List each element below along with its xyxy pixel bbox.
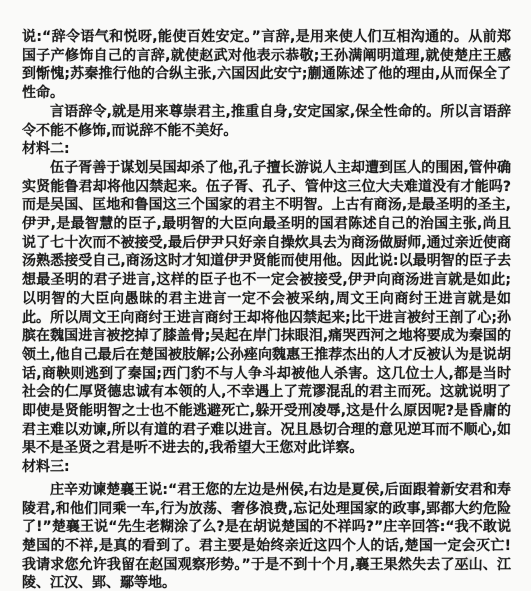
paragraph-speech-rhetoric-conclusion: 说:“辞令语气和悦呀,能使百姓安定。”言辞,是用来使人们互相沟通的。从前郑国子产…: [22, 28, 511, 103]
paragraph-material-3-body: 庄辛劝谏楚襄王说:“君王您的左边是州侯,右边是夏侯,后面跟着新安君和寿陵君,和他…: [22, 481, 511, 591]
heading-material-2: 材料二:: [22, 140, 511, 159]
paragraph-speech-rhetoric-summary: 言语辞令,就是用来尊崇君主,推重自身,安定国家,保全性命的。所以言语辞令不能不修…: [22, 103, 511, 140]
paragraph-material-2-body: 伍子胥善于谋划吴国却杀了他,孔子擅长游说人主却遭到匡人的围困,管仲确实贤能鲁君却…: [22, 159, 511, 458]
document-page: 说:“辞令语气和悦呀,能使百姓安定。”言辞,是用来使人们互相沟通的。从前郑国子产…: [0, 0, 531, 591]
heading-material-3: 材料三:: [22, 458, 511, 477]
